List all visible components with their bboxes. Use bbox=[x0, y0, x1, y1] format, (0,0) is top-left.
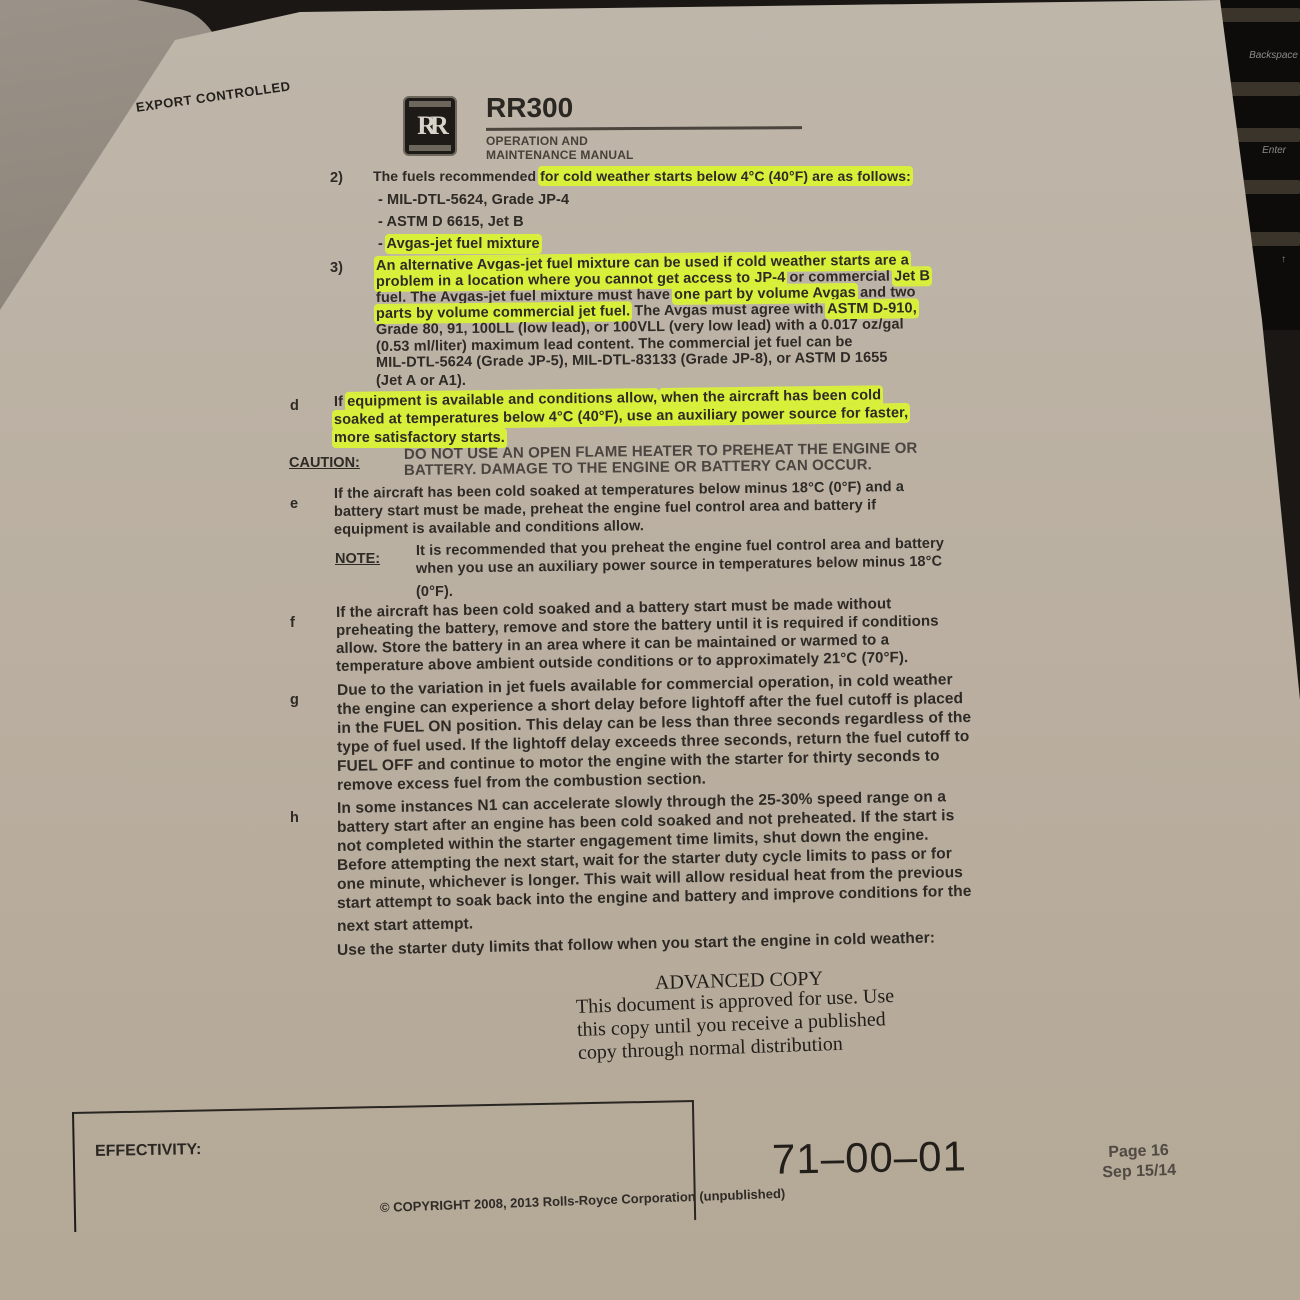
export-controlled-notice: EXPORT CONTROLLED bbox=[135, 78, 291, 115]
item-letter: g bbox=[290, 692, 299, 708]
document-number: 71–00–01 bbox=[772, 1132, 968, 1183]
rolls-royce-logo-icon: RR bbox=[403, 96, 457, 156]
item-letter: e bbox=[290, 496, 298, 512]
effectivity-label: EFFECTIVITY: bbox=[95, 1141, 202, 1161]
item-letter: f bbox=[290, 615, 295, 631]
note-label: NOTE: bbox=[335, 551, 380, 567]
manual-title: RR300 bbox=[486, 92, 573, 124]
logo-monogram: RR bbox=[417, 113, 443, 139]
highlighted-text: equipment is available and conditions al… bbox=[347, 390, 657, 410]
highlighted-text: for cold weather starts below 4°C (40°F)… bbox=[540, 168, 911, 184]
paragraph-line: next start attempt. bbox=[337, 915, 474, 936]
item-number: 2) bbox=[330, 170, 343, 186]
manual-subtitle: OPERATION AND MAINTENANCE MANUAL bbox=[486, 134, 634, 162]
title-divider bbox=[486, 126, 802, 131]
paragraph-line: (Jet A or A1). bbox=[376, 373, 466, 389]
text-span: The fuels recommended bbox=[373, 168, 540, 184]
paragraph-line: equipment is available and conditions al… bbox=[334, 518, 644, 538]
highlighted-text: one part by volume Avgas bbox=[674, 285, 856, 303]
page-number: Page 16 bbox=[1101, 1141, 1175, 1164]
highlighted-text: more satisfactory starts. bbox=[334, 430, 505, 446]
item-number: 3) bbox=[330, 260, 343, 276]
item-letter: d bbox=[290, 398, 299, 414]
fuel-list-item: - ASTM D 6615, Jet B bbox=[378, 214, 524, 230]
fuel-list-item: - Avgas-jet fuel mixture bbox=[378, 236, 540, 252]
revision-date: Sep 15/14 bbox=[1102, 1161, 1176, 1184]
page-info: Page 16 Sep 15/14 bbox=[1101, 1141, 1176, 1184]
fuel-list-item: - MIL-DTL-5624, Grade JP-4 bbox=[378, 192, 569, 208]
paragraph-line: The fuels recommended for cold weather s… bbox=[373, 168, 911, 184]
text-span: and two bbox=[856, 284, 916, 301]
highlighted-text: ASTM D-910, bbox=[827, 300, 917, 317]
item-letter: h bbox=[290, 810, 299, 826]
page-content: EXPORT CONTROLLED RR RR300 OPERATION AND… bbox=[0, 0, 1300, 1300]
logo-band bbox=[409, 101, 451, 107]
highlighted-text: Avgas-jet fuel mixture bbox=[387, 236, 540, 252]
paragraph-line: more satisfactory starts. bbox=[334, 430, 505, 446]
note-text: (0°F). bbox=[416, 584, 453, 600]
highlighted-text: Jet B bbox=[894, 268, 930, 284]
text-span: or commercial bbox=[785, 269, 894, 286]
logo-band bbox=[409, 145, 451, 151]
text-span: - bbox=[378, 236, 387, 252]
highlighted-text: when the aircraft has been cold bbox=[661, 387, 881, 406]
subtitle-line: OPERATION AND bbox=[486, 134, 634, 148]
text-span: If bbox=[334, 394, 347, 410]
caution-label: CAUTION: bbox=[289, 455, 360, 471]
subtitle-line: MAINTENANCE MANUAL bbox=[486, 148, 634, 162]
